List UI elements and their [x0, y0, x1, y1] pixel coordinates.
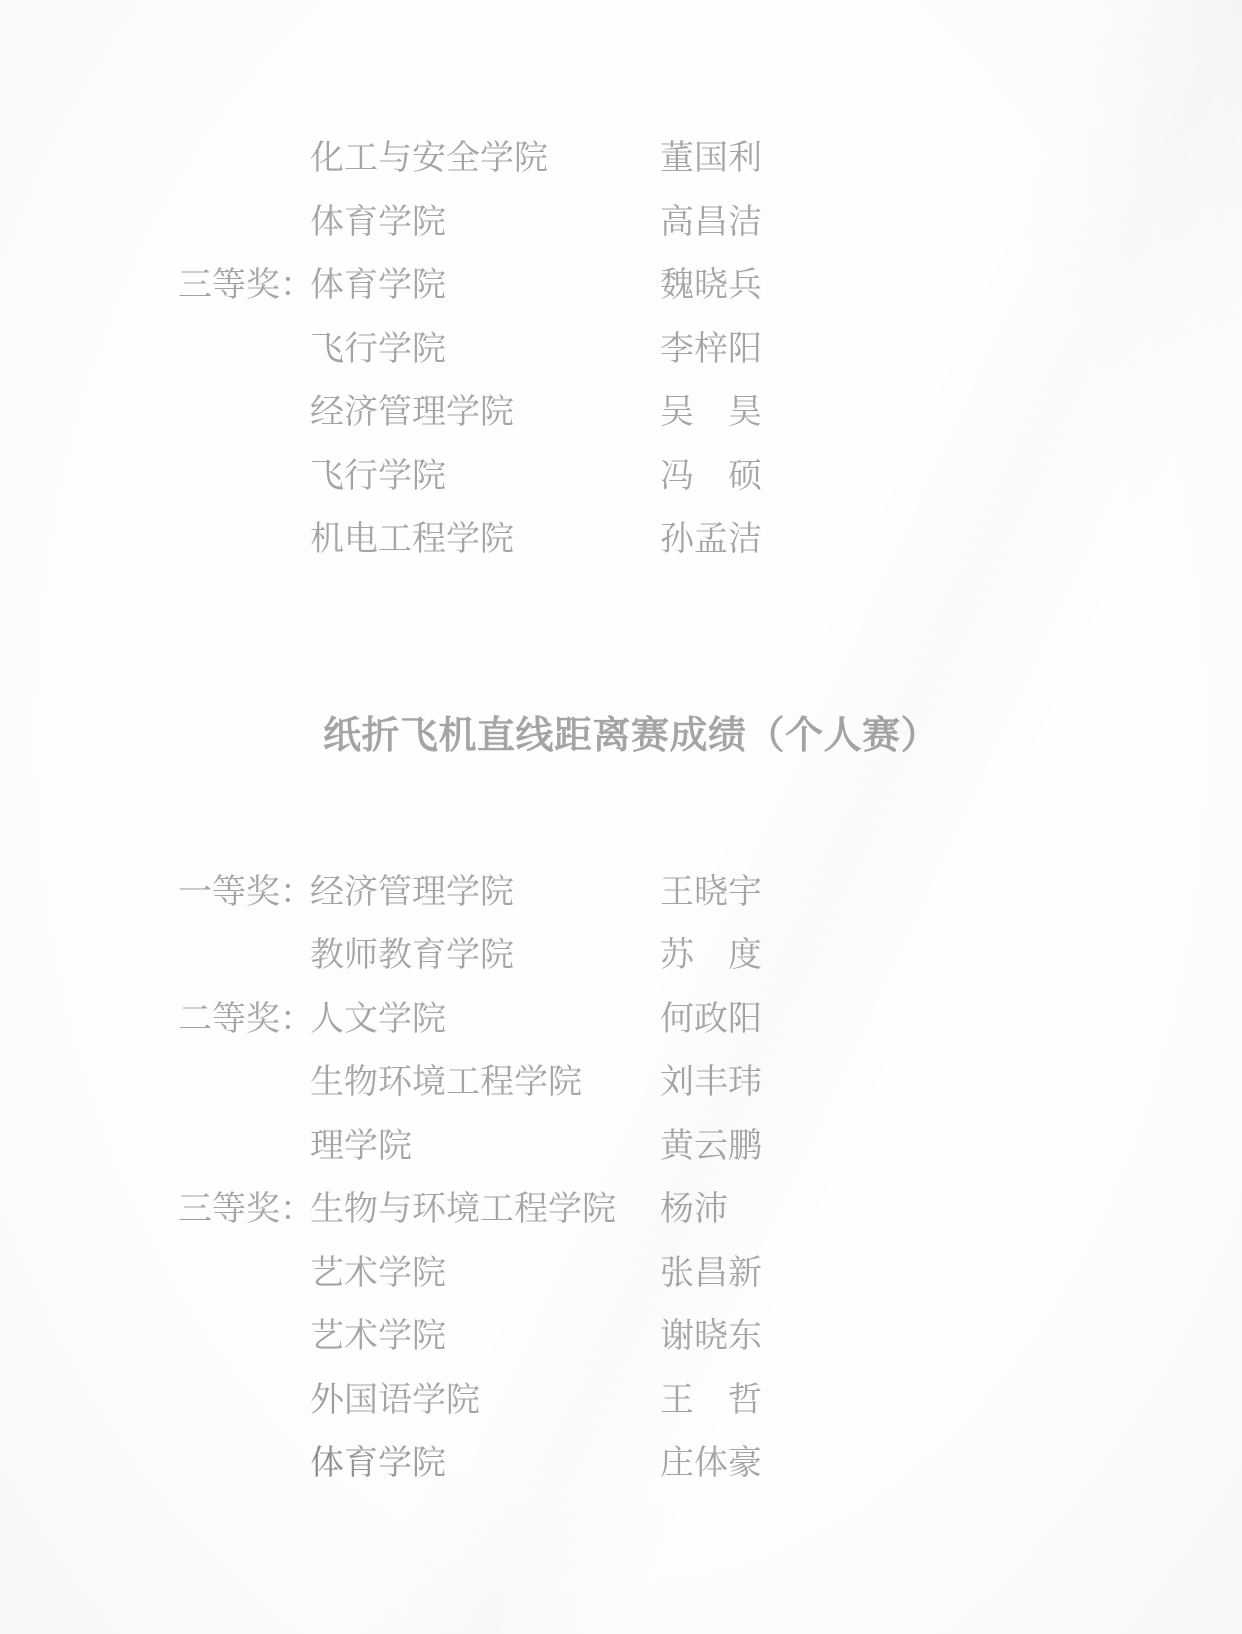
college-name: 理学院 — [310, 1115, 660, 1179]
college-name: 飞行学院 — [310, 445, 660, 509]
college-name: 经济管理学院 — [310, 861, 660, 925]
winner-name: 董国利 — [660, 127, 762, 191]
award-row: 生物环境工程学院刘丰玮 — [178, 1051, 1242, 1115]
section-title: 纸折飞机直线距离赛成绩（个人赛） — [323, 709, 1242, 763]
college-name: 教师教育学院 — [310, 924, 660, 988]
winner-name: 王 哲 — [660, 1369, 762, 1433]
college-name: 人文学院 — [310, 988, 660, 1052]
award-row: 机电工程学院孙孟洁 — [178, 508, 1242, 572]
college-name: 体育学院 — [310, 254, 660, 318]
college-name: 艺术学院 — [310, 1305, 660, 1369]
winner-name: 张昌新 — [660, 1242, 762, 1306]
winner-name: 王晓宇 — [660, 861, 762, 925]
college-name: 外国语学院 — [310, 1369, 660, 1433]
college-name: 生物与环境工程学院 — [310, 1178, 660, 1242]
award-list-continued: 化工与安全学院董国利体育学院高昌洁三等奖：体育学院魏晓兵飞行学院李梓阳经济管理学… — [178, 0, 1242, 572]
winner-name: 吴 昊 — [660, 381, 762, 445]
winner-name: 魏晓兵 — [660, 254, 762, 318]
award-row: 飞行学院李梓阳 — [178, 318, 1242, 382]
winner-name: 谢晓东 — [660, 1305, 762, 1369]
winner-name: 孙孟洁 — [660, 508, 762, 572]
winner-name: 刘丰玮 — [660, 1051, 762, 1115]
winner-name: 何政阳 — [660, 988, 762, 1052]
award-row: 理学院黄云鹏 — [178, 1115, 1242, 1179]
college-name: 机电工程学院 — [310, 508, 660, 572]
prize-label: 一等奖： — [178, 861, 310, 925]
prize-label: 三等奖： — [178, 254, 310, 318]
award-row: 艺术学院张昌新 — [178, 1242, 1242, 1306]
award-row: 一等奖：经济管理学院王晓宇 — [178, 861, 1242, 925]
college-name: 艺术学院 — [310, 1242, 660, 1306]
winner-name: 冯 硕 — [660, 445, 762, 509]
prize-label: 三等奖： — [178, 1178, 310, 1242]
award-row: 外国语学院王 哲 — [178, 1369, 1242, 1433]
winner-name: 庄体豪 — [660, 1432, 762, 1496]
college-name: 体育学院 — [310, 1432, 660, 1496]
award-row: 体育学院庄体豪 — [178, 1432, 1242, 1496]
award-row: 二等奖：人文学院何政阳 — [178, 988, 1242, 1052]
award-row: 教师教育学院苏 度 — [178, 924, 1242, 988]
award-row: 飞行学院冯 硕 — [178, 445, 1242, 509]
college-name: 化工与安全学院 — [310, 127, 660, 191]
award-row: 三等奖：体育学院魏晓兵 — [178, 254, 1242, 318]
winner-name: 高昌洁 — [660, 191, 762, 255]
award-row: 三等奖：生物与环境工程学院杨沛 — [178, 1178, 1242, 1242]
college-name: 生物环境工程学院 — [310, 1051, 660, 1115]
award-list-individual: 一等奖：经济管理学院王晓宇教师教育学院苏 度二等奖：人文学院何政阳生物环境工程学… — [178, 861, 1242, 1496]
document-page: 化工与安全学院董国利体育学院高昌洁三等奖：体育学院魏晓兵飞行学院李梓阳经济管理学… — [0, 0, 1242, 1634]
winner-name: 李梓阳 — [660, 318, 762, 382]
award-row: 体育学院高昌洁 — [178, 191, 1242, 255]
college-name: 经济管理学院 — [310, 381, 660, 445]
award-row: 化工与安全学院董国利 — [178, 127, 1242, 191]
award-row: 经济管理学院吴 昊 — [178, 381, 1242, 445]
winner-name: 杨沛 — [660, 1178, 728, 1242]
winner-name: 苏 度 — [660, 924, 762, 988]
college-name: 飞行学院 — [310, 318, 660, 382]
winner-name: 黄云鹏 — [660, 1115, 762, 1179]
award-row: 艺术学院谢晓东 — [178, 1305, 1242, 1369]
college-name: 体育学院 — [310, 191, 660, 255]
prize-label: 二等奖： — [178, 988, 310, 1052]
